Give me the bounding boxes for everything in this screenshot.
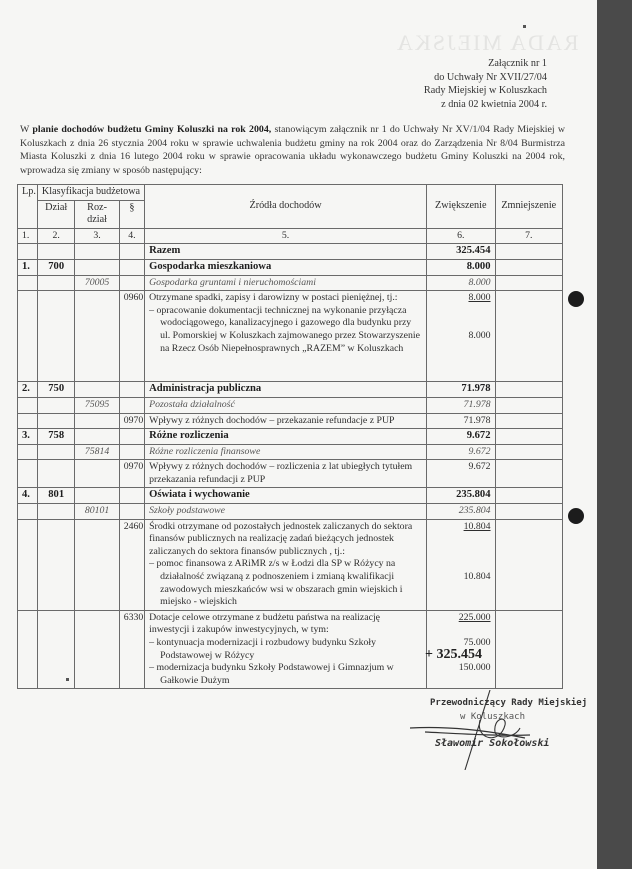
cell-lp: [18, 610, 38, 689]
table-row: 4.801Oświata i wychowanie235.804: [18, 488, 563, 504]
document-page: RADA MIEJSKA Załącznik nr 1 do Uchwały N…: [0, 0, 597, 869]
cell-source: Gospodarka mieszkaniowa: [145, 259, 427, 275]
cell-lp: [18, 413, 38, 429]
header-row: Lp. Klasyfikacja budżetowa Źródła dochod…: [18, 185, 563, 201]
source-text: Wpływy z różnych dochodów – przekazanie …: [149, 415, 394, 426]
cell-lp: 2.: [18, 382, 38, 398]
cell-source: Administracja publiczna: [145, 382, 427, 398]
cell-increase: 8.0008.000: [427, 291, 496, 382]
cell-decrease: [495, 429, 562, 445]
source-text: Administracja publiczna: [149, 383, 261, 394]
increase-value: 8.000: [468, 292, 490, 303]
cell-decrease: [495, 519, 562, 610]
cell-paragraph: 0960: [119, 291, 144, 382]
cell-paragraph: [119, 397, 144, 413]
punch-hole-icon: [568, 291, 584, 307]
cell-dzial: [37, 460, 75, 488]
cell-dzial: [37, 519, 75, 610]
cell-increase: 235.804: [427, 488, 496, 504]
cell-increase: 9.672: [427, 460, 496, 488]
cell-source: Różne rozliczenia finansowe: [145, 444, 427, 460]
cell-rozdzial: [75, 519, 119, 610]
table-row: 75814Różne rozliczenia finansowe9.672: [18, 444, 563, 460]
bullet-value: 150.000: [431, 662, 491, 675]
header-lp: Lp.: [18, 185, 38, 229]
cell-source: Środki otrzymane od pozostałych jednoste…: [145, 519, 427, 610]
cell-dzial: 700: [37, 259, 75, 275]
cell-decrease: [495, 610, 562, 689]
cell-rozdzial: 70005: [75, 275, 119, 291]
cell-rozdzial: [75, 259, 119, 275]
cell-lp: [18, 444, 38, 460]
header-classification: Klasyfikacja budżetowa: [37, 185, 144, 201]
grand-total: + 325.454: [425, 647, 482, 663]
increase-value: 71.978: [464, 415, 491, 426]
cell-source: Różne rozliczenia: [145, 429, 427, 445]
cell-dzial: [37, 291, 75, 382]
cell-dzial: 758: [37, 429, 75, 445]
annex-line-3: Rady Miejskiej w Koluszkach: [424, 84, 547, 98]
cell-rozdzial: [75, 413, 119, 429]
source-text: Dotacje celowe otrzymane z budżetu państ…: [149, 612, 380, 636]
increase-value: 71.978: [464, 399, 491, 410]
cell-dzial: 801: [37, 488, 75, 504]
cell-paragraph: [119, 259, 144, 275]
cell-decrease: [495, 259, 562, 275]
colnum: 1.: [18, 228, 38, 244]
cell-rozdzial: 80101: [75, 504, 119, 520]
annex-line-2: do Uchwały Nr XVII/27/04: [424, 71, 547, 85]
cell-rozdzial: [75, 460, 119, 488]
cell-paragraph: 6330: [119, 610, 144, 689]
total-increase: 325.454: [427, 244, 496, 260]
scan-speck: [523, 25, 526, 28]
colnum: 6.: [427, 228, 496, 244]
colnum: 4.: [119, 228, 144, 244]
table-row: 0960Otrzymane spadki, zapisy i darowizny…: [18, 291, 563, 382]
annex-line-4: z dnia 02 kwietnia 2004 r.: [424, 98, 547, 112]
cell-rozdzial: [75, 488, 119, 504]
cell-paragraph: [119, 382, 144, 398]
cell-paragraph: [119, 429, 144, 445]
annex-header: Załącznik nr 1 do Uchwały Nr XVII/27/04 …: [424, 57, 547, 111]
table-row: 0970Wpływy z różnych dochodów – rozlicze…: [18, 460, 563, 488]
cell-source: Oświata i wychowanie: [145, 488, 427, 504]
cell-increase: 9.672: [427, 444, 496, 460]
cell-paragraph: 0970: [119, 413, 144, 429]
cell-rozdzial: [75, 429, 119, 445]
source-text: Pozostała działalność: [149, 399, 235, 410]
table-row: 3.758Różne rozliczenia9.672: [18, 429, 563, 445]
cell-paragraph: [119, 504, 144, 520]
column-number-row: 1. 2. 3. 4. 5. 6. 7.: [18, 228, 563, 244]
cell-lp: [18, 291, 38, 382]
cell-source: Szkoły podstawowe: [145, 504, 427, 520]
cell-source: Dotacje celowe otrzymane z budżetu państ…: [145, 610, 427, 689]
cell-dzial: [37, 610, 75, 689]
cell-decrease: [495, 460, 562, 488]
cell-paragraph: 2460: [119, 519, 144, 610]
cell-source: Otrzymane spadki, zapisy i darowizny w p…: [145, 291, 427, 382]
intro-paragraph: W planie dochodów budżetu Gminy Koluszki…: [20, 123, 565, 177]
handwritten-signature-icon: [405, 690, 590, 770]
header-dzial: Dział: [37, 200, 75, 228]
header-increase: Zwiększenie: [427, 185, 496, 229]
colnum: 2.: [37, 228, 75, 244]
cell-rozdzial: 75814: [75, 444, 119, 460]
cell-increase: 8.000: [427, 275, 496, 291]
cell-paragraph: 0970: [119, 460, 144, 488]
cell-increase: 71.978: [427, 382, 496, 398]
annex-line-1: Załącznik nr 1: [424, 57, 547, 71]
cell-source: Wpływy z różnych dochodów – przekazanie …: [145, 413, 427, 429]
increase-value: 10.804: [464, 521, 491, 532]
bleed-through-text: RADA MIEJSKA: [395, 30, 579, 56]
table-row: 75095Pozostała działalność71.978: [18, 397, 563, 413]
cell-dzial: 750: [37, 382, 75, 398]
increase-value: 71.978: [461, 383, 490, 394]
cell-decrease: [495, 504, 562, 520]
table-row: 2.750Administracja publiczna71.978: [18, 382, 563, 398]
increase-value: 235.804: [459, 505, 491, 516]
increase-value: 9.672: [468, 446, 490, 457]
bullet-item: – pomoc finansowa z ARiMR z/s w Łodzi dl…: [149, 558, 422, 608]
increase-value: 8.000: [468, 277, 490, 288]
cell-source: Wpływy z różnych dochodów – rozliczenia …: [145, 460, 427, 488]
table-row: 80101Szkoły podstawowe235.804: [18, 504, 563, 520]
increase-value: 8.000: [467, 261, 491, 272]
cell-decrease: [495, 291, 562, 382]
table-row: 2460Środki otrzymane od pozostałych jedn…: [18, 519, 563, 610]
cell-increase: 71.978: [427, 413, 496, 429]
cell-rozdzial: [75, 382, 119, 398]
cell-paragraph: [119, 488, 144, 504]
increase-value: 9.672: [467, 430, 491, 441]
total-row: Razem 325.454: [18, 244, 563, 260]
source-text: Różne rozliczenia finansowe: [149, 446, 260, 457]
cell-decrease: [495, 382, 562, 398]
colnum: 3.: [75, 228, 119, 244]
cell-lp: [18, 275, 38, 291]
source-text: Gospodarka mieszkaniowa: [149, 261, 271, 272]
source-text: Środki otrzymane od pozostałych jednoste…: [149, 521, 412, 557]
cell-increase: 8.000: [427, 259, 496, 275]
cell-rozdzial: [75, 291, 119, 382]
intro-bold: planie dochodów budżetu Gminy Koluszki n…: [32, 124, 271, 135]
cell-increase: 71.978: [427, 397, 496, 413]
cell-lp: [18, 519, 38, 610]
cell-increase: 235.804: [427, 504, 496, 520]
cell-dzial: [37, 504, 75, 520]
cell-paragraph: [119, 444, 144, 460]
header-rozdzial: Roz-dział: [75, 200, 119, 228]
cell-lp: 4.: [18, 488, 38, 504]
cell-lp: [18, 504, 38, 520]
table-row: 0970Wpływy z różnych dochodów – przekaza…: [18, 413, 563, 429]
source-text: Gospodarka gruntami i nieruchomościami: [149, 277, 316, 288]
cell-decrease: [495, 444, 562, 460]
bullet-value: 10.804: [431, 571, 491, 584]
cell-decrease: [495, 488, 562, 504]
cell-lp: 1.: [18, 259, 38, 275]
colnum: 7.: [495, 228, 562, 244]
source-text: Wpływy z różnych dochodów – rozliczenia …: [149, 461, 412, 485]
cell-dzial: [37, 397, 75, 413]
cell-source: Pozostała działalność: [145, 397, 427, 413]
cell-dzial: [37, 413, 75, 429]
cell-dzial: [37, 444, 75, 460]
bullet-item: – modernizacja budynku Szkoły Podstawowe…: [149, 662, 422, 687]
increase-value: 9.672: [468, 461, 490, 472]
cell-decrease: [495, 413, 562, 429]
source-text: Różne rozliczenia: [149, 430, 229, 441]
source-text: Otrzymane spadki, zapisy i darowizny w p…: [149, 292, 397, 303]
scanner-edge: [597, 0, 632, 869]
bullet-item: – opracowanie dokumentacji technicznej n…: [149, 305, 422, 355]
punch-hole-icon: [568, 508, 584, 524]
bullet-item: – kontynuacja modernizacji i rozbudowy b…: [149, 637, 422, 662]
increase-value: 235.804: [456, 489, 490, 500]
budget-table: Lp. Klasyfikacja budżetowa Źródła dochod…: [17, 184, 563, 689]
total-label: Razem: [145, 244, 427, 260]
cell-rozdzial: 75095: [75, 397, 119, 413]
colnum: 5.: [145, 228, 427, 244]
cell-increase: 9.672: [427, 429, 496, 445]
cell-lp: [18, 397, 38, 413]
cell-increase: 10.80410.804: [427, 519, 496, 610]
source-text: Szkoły podstawowe: [149, 505, 225, 516]
header-paragraph: §: [119, 200, 144, 228]
cell-dzial: [37, 275, 75, 291]
bullet-value: 8.000: [431, 330, 491, 343]
header-decrease: Zmniejszenie: [495, 185, 562, 229]
cell-lp: 3.: [18, 429, 38, 445]
cell-decrease: [495, 275, 562, 291]
table-row: 70005Gospodarka gruntami i nieruchomości…: [18, 275, 563, 291]
header-source: Źródła dochodów: [145, 185, 427, 229]
source-text: Oświata i wychowanie: [149, 489, 250, 500]
signature-block: Przewodniczący Rady Miejskiej w Koluszka…: [405, 690, 590, 770]
cell-source: Gospodarka gruntami i nieruchomościami: [145, 275, 427, 291]
cell-rozdzial: [75, 610, 119, 689]
increase-value: 225.000: [459, 612, 491, 623]
cell-lp: [18, 460, 38, 488]
table-row: 1.700Gospodarka mieszkaniowa8.000: [18, 259, 563, 275]
cell-paragraph: [119, 275, 144, 291]
cell-decrease: [495, 397, 562, 413]
intro-prefix: W: [20, 124, 32, 135]
table-body: 1. 2. 3. 4. 5. 6. 7. Razem 325.454 1.700…: [18, 228, 563, 689]
